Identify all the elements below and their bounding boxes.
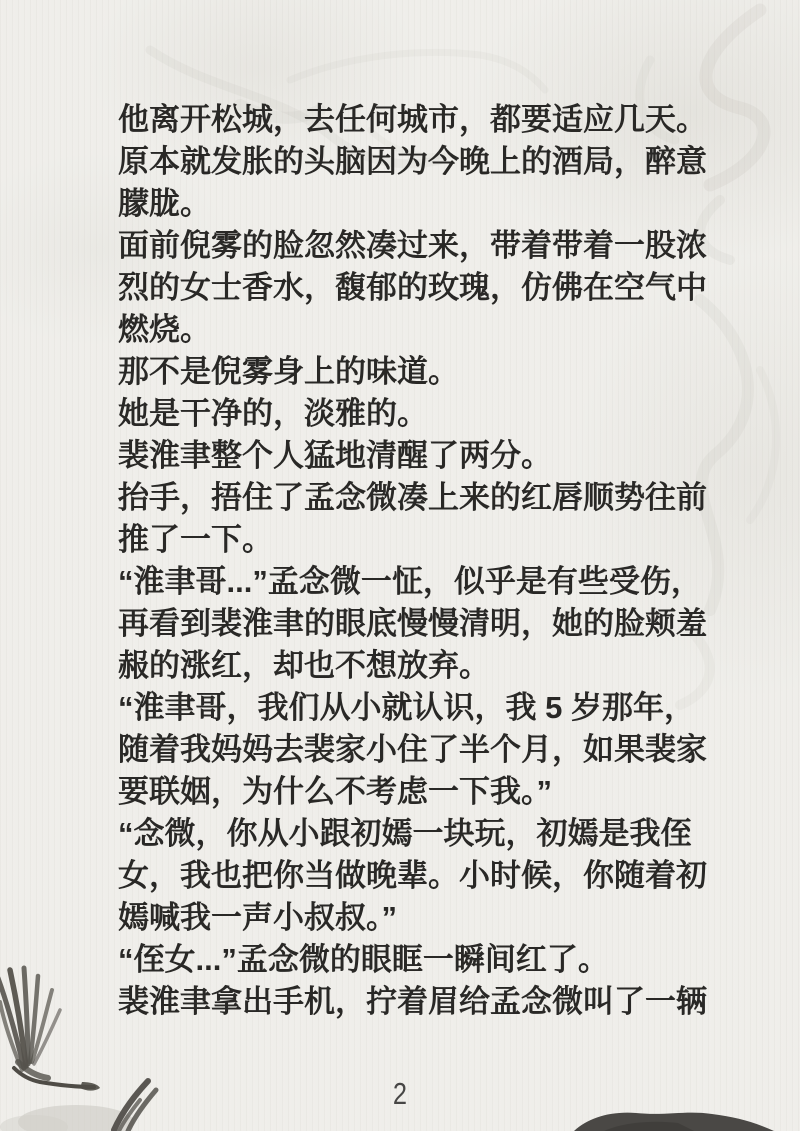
- text-line: 他离开松城，去任何城市，都要适应几天。: [118, 99, 738, 141]
- book-page: 他离开松城，去任何城市，都要适应几天。 原本就发胀的头脑因为今晚上的酒局，醉意 …: [0, 0, 800, 1131]
- text-line: 烈的女士香水，馥郁的玫瑰，仿佛在空气中: [118, 267, 738, 309]
- text-line: 再看到裴淮聿的眼底慢慢清明，她的脸颊羞: [118, 603, 738, 645]
- story-text: 他离开松城，去任何城市，都要适应几天。 原本就发胀的头脑因为今晚上的酒局，醉意 …: [118, 99, 738, 1023]
- text-line: 随着我妈妈去裴家小住了半个月，如果裴家: [118, 729, 738, 771]
- text-line: 赧的涨红，却也不想放弃。: [118, 645, 738, 687]
- text-line: “淮聿哥，我们从小就认识，我 5 岁那年，: [118, 687, 738, 729]
- text-line: 原本就发胀的头脑因为今晚上的酒局，醉意: [118, 141, 738, 183]
- text-line: 女，我也把你当做晚辈。小时候，你随着初: [118, 855, 738, 897]
- text-line: 推了一下。: [118, 519, 738, 561]
- text-line: “念微，你从小跟初嫣一块玩，初嫣是我侄: [118, 813, 738, 855]
- text-line: 裴淮聿整个人猛地清醒了两分。: [118, 435, 738, 477]
- text-line: 抬手，捂住了孟念微凑上来的红唇顺势往前: [118, 477, 738, 519]
- text-line: “淮聿哥...”孟念微一怔，似乎是有些受伤，: [118, 561, 738, 603]
- text-line: 朦胧。: [118, 183, 738, 225]
- text-line: 面前倪雾的脸忽然凑过来，带着带着一股浓: [118, 225, 738, 267]
- text-line: 嫣喊我一声小叔叔。”: [118, 897, 738, 939]
- text-line: 那不是倪雾身上的味道。: [118, 351, 738, 393]
- text-line: 燃烧。: [118, 309, 738, 351]
- text-line: 裴淮聿拿出手机，拧着眉给孟念微叫了一辆: [118, 981, 738, 1023]
- text-line: “侄女...”孟念微的眼眶一瞬间红了。: [118, 939, 738, 981]
- text-line: 她是干净的，淡雅的。: [118, 393, 738, 435]
- page-number: 2: [72, 1076, 728, 1112]
- text-line: 要联姻，为什么不考虑一下我。”: [118, 771, 738, 813]
